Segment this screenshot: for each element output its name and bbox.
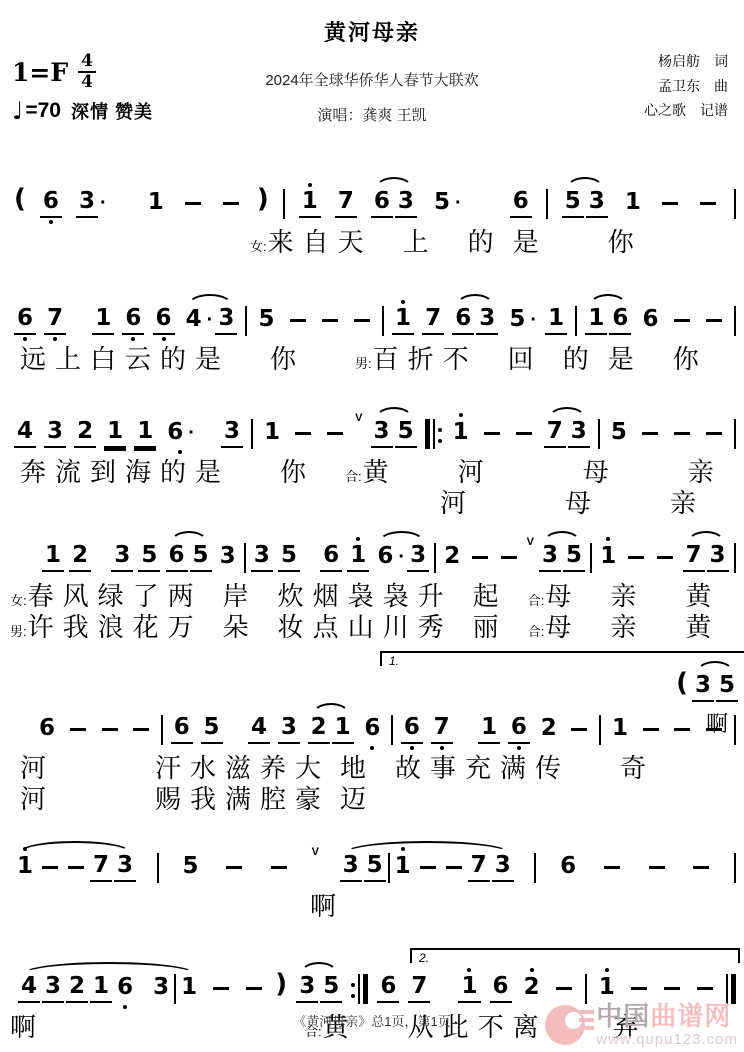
note: 3 bbox=[215, 298, 237, 342]
octave-dot-above bbox=[320, 535, 342, 542]
octave-dot-above bbox=[563, 535, 585, 542]
pickup-row: (35 bbox=[676, 665, 738, 709]
lyric-spacer bbox=[0, 604, 10, 605]
octave-dot-above bbox=[377, 966, 399, 973]
note: 3 bbox=[492, 845, 514, 889]
octave-dot-below bbox=[201, 744, 223, 751]
duration-dash bbox=[662, 202, 678, 205]
octave-dot-above bbox=[468, 845, 490, 852]
lyric-text: 你 bbox=[608, 228, 643, 257]
note-digit: 4 bbox=[14, 419, 36, 448]
octave-dot bbox=[438, 428, 442, 432]
lyric-spacer bbox=[373, 250, 403, 251]
bar-segment bbox=[244, 543, 246, 573]
lyric-text: 上 bbox=[403, 228, 438, 257]
octave-dot-below bbox=[248, 744, 270, 751]
bar-segment bbox=[245, 306, 247, 336]
note-digit: 1 bbox=[299, 189, 321, 218]
octave-dot-above bbox=[608, 411, 630, 418]
duration-dash bbox=[223, 202, 239, 205]
octave-dot-above bbox=[178, 966, 200, 973]
note-body: 1 bbox=[596, 973, 618, 1003]
lyric-text: 是 bbox=[608, 345, 643, 374]
octave-dot-below bbox=[563, 572, 585, 579]
octave-dot-below bbox=[215, 335, 237, 342]
note-body: 1 bbox=[597, 542, 619, 572]
lyric-text: 亲 bbox=[688, 458, 723, 487]
lyric-text: 黄 bbox=[363, 458, 398, 487]
parenthesis: ) bbox=[275, 971, 287, 997]
octave-dot-below bbox=[392, 335, 414, 342]
lyric-spacer bbox=[203, 635, 223, 636]
bar-segment bbox=[433, 419, 435, 449]
note: 6 bbox=[153, 298, 175, 342]
note: 4 bbox=[14, 411, 36, 455]
octave-dot-below bbox=[134, 448, 156, 455]
music-system-2: 671664·3517635·1166远上白云的是你男:百折不回的是你 bbox=[0, 298, 744, 375]
lyric-spacer bbox=[478, 367, 508, 368]
duration-dash bbox=[556, 987, 572, 990]
octave-dot-above bbox=[450, 411, 472, 418]
note: 4 bbox=[18, 966, 40, 1010]
barline bbox=[157, 853, 159, 883]
music-system-3: 432116·31V351735奔流到海的是你合:黄河母亲河母亲 bbox=[0, 411, 744, 519]
note-body: 6 bbox=[609, 305, 631, 335]
note: 5 bbox=[364, 845, 386, 889]
octave-dot-below bbox=[217, 572, 239, 579]
octave-dot-above bbox=[66, 966, 88, 973]
lyric-spacer bbox=[543, 367, 563, 368]
note-digit: 6 bbox=[452, 306, 474, 335]
octave-dot-below bbox=[145, 218, 167, 225]
note: 3 bbox=[707, 535, 729, 579]
credits-block: 杨启舫 词 孟卫东 曲 心之歌 记谱 bbox=[644, 49, 728, 123]
lyric-spacer bbox=[0, 807, 20, 808]
note-body: 6 bbox=[508, 714, 530, 744]
octave-dot-above bbox=[18, 966, 40, 973]
note-body: 7 bbox=[468, 852, 490, 882]
note-digit: 6 bbox=[508, 715, 530, 744]
note-body: 3 bbox=[692, 672, 714, 702]
note-body: 6 bbox=[557, 852, 579, 882]
voice-prefix: 女: bbox=[250, 236, 267, 255]
lyrics-row: 河母亲 bbox=[0, 489, 744, 519]
note-digit: 5 bbox=[563, 543, 585, 572]
octave-dot-above bbox=[299, 181, 321, 188]
lyric-text: 啊 bbox=[310, 892, 345, 921]
lyric-text: 奔流到海的是 bbox=[20, 458, 230, 487]
bar-segment bbox=[590, 543, 592, 573]
note-digit: 1 bbox=[458, 974, 480, 1003]
note: 1 bbox=[458, 966, 480, 1010]
note: 1 bbox=[90, 966, 112, 1010]
duration-dash bbox=[604, 866, 620, 869]
duration-dash bbox=[70, 728, 86, 731]
note-body: 6 bbox=[510, 188, 532, 218]
octave-dot-above bbox=[639, 298, 661, 305]
octave-dot-below bbox=[377, 1003, 399, 1010]
note: 2 bbox=[308, 707, 330, 751]
bar-segment bbox=[734, 189, 736, 219]
note-body: 2 bbox=[521, 973, 543, 1003]
octave-dot-above bbox=[458, 966, 480, 973]
spacer bbox=[476, 181, 496, 182]
lyric-text: 你 bbox=[280, 458, 315, 487]
octave-dot-below bbox=[166, 572, 188, 579]
note-digit: 5 bbox=[395, 419, 417, 448]
bar-segment bbox=[599, 715, 601, 745]
note-digit: 1 bbox=[14, 854, 36, 881]
lyric-spacer bbox=[508, 604, 528, 605]
octave-dot-below bbox=[408, 1003, 430, 1010]
lyric-text: 是 bbox=[513, 228, 548, 257]
octave-dot-above bbox=[683, 535, 705, 542]
note-body: 1 bbox=[178, 973, 200, 1003]
note-digit: 6 bbox=[164, 420, 186, 447]
note-digit: 3 bbox=[76, 189, 98, 218]
note: 7 bbox=[44, 298, 66, 342]
lyric-text: 炊烟袅袅升 bbox=[278, 582, 453, 611]
note-body: 4 bbox=[248, 714, 270, 744]
lyric-text: 汗水滋养大 bbox=[155, 754, 330, 783]
octave-dot-below bbox=[545, 335, 567, 342]
notes-row: 671664·3517635·1166 bbox=[0, 298, 744, 344]
octave-dot-above bbox=[557, 845, 579, 852]
note-digit: 1 bbox=[392, 306, 414, 335]
bar-segment bbox=[731, 974, 736, 1004]
bar-segment bbox=[382, 306, 384, 336]
lyric-spacer bbox=[0, 367, 20, 368]
octave-dot-below bbox=[395, 448, 417, 455]
note-digit: 6 bbox=[40, 189, 62, 218]
note: 7 bbox=[468, 845, 490, 889]
octave-dot-below bbox=[371, 448, 393, 455]
note-digit: 1 bbox=[622, 190, 644, 217]
augmentation-dot: · bbox=[100, 192, 107, 215]
octave-dot-below bbox=[114, 882, 136, 889]
octave-dot-above bbox=[476, 298, 498, 305]
note: 5 bbox=[563, 535, 585, 579]
octave-dot-below bbox=[544, 448, 566, 455]
note: 6 bbox=[40, 181, 62, 225]
note-digit: 1 bbox=[134, 419, 156, 448]
octave-dot-above bbox=[395, 181, 417, 188]
octave-dot-below bbox=[183, 335, 214, 342]
note-body: 6 bbox=[171, 714, 193, 744]
note-body: 6 bbox=[122, 305, 144, 335]
octave-dot-above bbox=[14, 411, 36, 418]
note-body: 5· bbox=[431, 188, 462, 218]
note: 6 bbox=[377, 966, 399, 1010]
note-body: 5 bbox=[138, 542, 160, 572]
note: 6 bbox=[609, 298, 631, 342]
octave-dot-above bbox=[609, 707, 631, 714]
lyrics-row: 奔流到海的是你合:黄河母亲 bbox=[0, 458, 744, 488]
note-body: 1 bbox=[450, 418, 472, 448]
lyric-spacer bbox=[453, 604, 473, 605]
slur-group: 35173 bbox=[340, 845, 514, 889]
slur-group: 6·3 bbox=[374, 535, 429, 579]
octave-dot-below bbox=[374, 572, 405, 579]
note-digit: 5 bbox=[608, 420, 630, 447]
octave-dot-above bbox=[545, 298, 567, 305]
note-digit: 6 bbox=[114, 975, 136, 1002]
octave-dot-below bbox=[538, 744, 560, 751]
octave-dot-above bbox=[69, 535, 91, 542]
octave-dot-above bbox=[392, 845, 414, 852]
lyric-text: 的 bbox=[563, 345, 598, 374]
octave-dot-above bbox=[347, 535, 369, 542]
bar-segment bbox=[425, 419, 430, 449]
octave-dot-below bbox=[568, 448, 590, 455]
note: 5 bbox=[138, 535, 160, 579]
credit-name: 杨启舫 bbox=[658, 49, 700, 74]
note: 7 bbox=[422, 298, 444, 342]
note-digit: 3 bbox=[692, 673, 714, 702]
barline bbox=[391, 715, 393, 745]
note: 6 bbox=[171, 707, 193, 751]
lyric-spacer bbox=[258, 635, 278, 636]
octave-dot-above bbox=[361, 707, 383, 714]
note: 3 bbox=[111, 535, 133, 579]
octave-dot bbox=[517, 746, 521, 750]
note-digit: 2 bbox=[66, 974, 88, 1003]
octave-dot-below bbox=[320, 572, 342, 579]
note: 6 bbox=[452, 298, 474, 342]
barline bbox=[388, 853, 390, 883]
note-body: 1 bbox=[42, 542, 64, 572]
octave-dot-above bbox=[40, 181, 62, 188]
octave-dot-below bbox=[90, 882, 112, 889]
lyric-spacer bbox=[55, 776, 155, 777]
duration-dash bbox=[420, 866, 436, 869]
note: 1 bbox=[478, 707, 500, 751]
note: 4 bbox=[248, 707, 270, 751]
note-body: 1 bbox=[104, 418, 126, 448]
octave-dot-below bbox=[44, 335, 66, 342]
lyric-text: 你 bbox=[673, 345, 708, 374]
note-digit: 1 bbox=[104, 419, 126, 448]
note-digit: 6 bbox=[639, 307, 661, 334]
duration-dash bbox=[706, 432, 722, 435]
note: 5 bbox=[201, 707, 223, 751]
barline bbox=[351, 974, 368, 1004]
site-name: 中国曲谱网 bbox=[596, 1002, 738, 1031]
lyric-spacer bbox=[580, 604, 610, 605]
note-digit: 5 bbox=[138, 543, 160, 572]
lyric-spacer bbox=[0, 250, 250, 251]
lyric-spacer bbox=[0, 511, 440, 512]
octave-dot-above bbox=[42, 535, 64, 542]
note-digit: 6 bbox=[122, 306, 144, 335]
note: 1 bbox=[332, 707, 354, 751]
octave-dot-below bbox=[450, 448, 472, 455]
note-digit: 1 bbox=[585, 306, 607, 335]
octave-dot-above bbox=[340, 845, 362, 852]
note-body: 1 bbox=[392, 305, 414, 335]
octave-dot-below bbox=[153, 335, 175, 342]
octave-dot-above bbox=[134, 411, 156, 418]
lyric-spacer bbox=[55, 807, 155, 808]
repeat-dots bbox=[351, 983, 355, 998]
octave-dot-above bbox=[164, 411, 195, 418]
note: 6 bbox=[639, 298, 661, 342]
lyric-spacer bbox=[438, 250, 468, 251]
note-digit: 1 bbox=[42, 543, 64, 572]
bar-segment bbox=[734, 419, 736, 449]
spacer bbox=[96, 535, 106, 536]
octave-dot bbox=[351, 983, 355, 987]
barline bbox=[425, 419, 442, 449]
octave-dot-below bbox=[261, 448, 283, 455]
octave-dot bbox=[53, 337, 57, 341]
note-digit: 7 bbox=[44, 306, 66, 335]
duration-dash bbox=[674, 432, 690, 435]
octave-dot-below bbox=[364, 882, 386, 889]
octave-dot-below bbox=[122, 335, 144, 342]
note-digit: 2 bbox=[69, 543, 91, 572]
spacer bbox=[439, 966, 449, 967]
octave-dot bbox=[605, 968, 609, 972]
lyric-spacer bbox=[0, 480, 20, 481]
note-digit: 1 bbox=[347, 543, 369, 572]
lyric-spacer bbox=[0, 914, 310, 915]
score-header: 1=F 4 4 ♩ =70 深情 赞美 2024年全球华侨华人春节大联欢 演唱：… bbox=[0, 47, 744, 147]
note-body: 6 bbox=[36, 714, 58, 744]
octave-dot-below bbox=[510, 218, 532, 225]
octave-dot-below bbox=[296, 1003, 318, 1010]
note-digit: 7 bbox=[422, 306, 444, 335]
lyric-text: 黄 bbox=[685, 613, 720, 642]
octave-dot-above bbox=[597, 535, 619, 542]
note-body: 6 bbox=[401, 714, 423, 744]
octave-dot-below bbox=[392, 882, 414, 889]
note-digit: 6 bbox=[401, 715, 423, 744]
octave-dot-above bbox=[371, 181, 393, 188]
octave-dot-above bbox=[308, 707, 330, 714]
octave-dot-above bbox=[539, 535, 561, 542]
note-digit: 7 bbox=[468, 853, 490, 882]
note-digit: 6 bbox=[510, 189, 532, 218]
octave-dot-above bbox=[568, 411, 590, 418]
note: 6 bbox=[510, 181, 532, 225]
note: 3 bbox=[42, 966, 64, 1010]
lyric-text: 母 bbox=[565, 489, 600, 518]
note-body: 6 bbox=[371, 188, 393, 218]
octave-dot-above bbox=[171, 707, 193, 714]
note-body: 5 bbox=[320, 973, 342, 1003]
duration-dash bbox=[631, 987, 647, 990]
note-digit: 5 bbox=[256, 307, 278, 334]
bar-segment bbox=[598, 419, 600, 449]
note: 1 bbox=[261, 411, 283, 455]
qupu-logo-icon bbox=[545, 1002, 591, 1048]
duration-dash bbox=[628, 556, 644, 559]
octave-dot-above bbox=[407, 535, 429, 542]
note-digit: 5 bbox=[431, 190, 453, 217]
note-body: 1 bbox=[14, 852, 36, 882]
performers: 演唱：龚爽 王凯 bbox=[0, 104, 744, 125]
bar-segment bbox=[358, 974, 360, 1004]
note-digit: 4 bbox=[183, 307, 205, 334]
octave-dot-above bbox=[622, 181, 644, 188]
note: 6 bbox=[14, 298, 36, 342]
augmentation-dot: · bbox=[455, 192, 462, 215]
voice-prefix: 男: bbox=[355, 353, 372, 372]
octave-dot-above bbox=[92, 298, 114, 305]
octave-dot-above bbox=[431, 181, 462, 188]
note: 7 bbox=[408, 966, 430, 1010]
note: 3 bbox=[150, 966, 172, 1010]
note-body: 1 bbox=[90, 973, 112, 1003]
parenthesis: ( bbox=[14, 186, 26, 212]
octave-dot-above bbox=[261, 411, 283, 418]
bar-segment bbox=[734, 853, 736, 883]
octave-dot-above bbox=[221, 411, 243, 418]
barline bbox=[599, 715, 601, 745]
note-body: 7 bbox=[422, 305, 444, 335]
octave-dot-below bbox=[361, 744, 383, 751]
slur-group: 73 bbox=[544, 411, 590, 455]
note: 5 bbox=[179, 845, 201, 889]
note-digit: 3 bbox=[476, 306, 498, 335]
credit-name: 孟卫东 bbox=[658, 74, 700, 99]
octave-dot-below bbox=[44, 448, 66, 455]
note-digit: 6 bbox=[371, 189, 393, 218]
note: 3 bbox=[340, 845, 362, 889]
note: 6· bbox=[374, 535, 405, 579]
note-body: 3 bbox=[568, 418, 590, 448]
octave-dot-below bbox=[76, 218, 107, 225]
octave-dot-below bbox=[104, 448, 126, 455]
note-digit: 5 bbox=[716, 673, 738, 702]
slur-group: 35 bbox=[692, 665, 738, 709]
note-body: 3 bbox=[492, 852, 514, 882]
octave-dot-below bbox=[18, 1003, 40, 1010]
duration-dash bbox=[472, 556, 488, 559]
voice-prefix: 合: bbox=[528, 590, 545, 609]
octave-dot bbox=[131, 337, 135, 341]
note: 6 bbox=[122, 298, 144, 342]
octave-dot-below bbox=[371, 218, 393, 225]
augmentation-dot: · bbox=[398, 546, 405, 569]
note-digit: 3 bbox=[111, 543, 133, 572]
octave-dot-above bbox=[278, 535, 300, 542]
notes-row: (63·1)17635·6531 bbox=[0, 181, 744, 227]
voice-prefix: 女: bbox=[10, 590, 27, 609]
page-title: 黄河母亲 bbox=[0, 0, 744, 47]
octave-dot-below bbox=[609, 744, 631, 751]
note-body: 5 bbox=[256, 305, 278, 335]
credit-name: 心之歌 bbox=[644, 98, 686, 123]
duration-dash bbox=[42, 866, 58, 869]
lyrics-row: 女:春风绿了两岸炊烟袅袅升起合:母亲黄 bbox=[0, 582, 744, 612]
slur-group: 35 bbox=[371, 411, 417, 455]
duration-dash bbox=[697, 987, 713, 990]
octave-dot-above bbox=[431, 707, 453, 714]
duration-dash bbox=[501, 556, 517, 559]
octave-dot bbox=[23, 847, 27, 851]
note-body: 5 bbox=[563, 542, 585, 572]
note-body: 5 bbox=[716, 672, 738, 702]
lyric-text: 妆点山川秀 bbox=[278, 613, 453, 642]
octave-dot-below bbox=[308, 744, 330, 751]
lyric-spacer bbox=[230, 367, 270, 368]
barline bbox=[734, 306, 736, 336]
octave-dot-above bbox=[490, 966, 512, 973]
lyric-spacer bbox=[330, 776, 340, 777]
octave-dot-below bbox=[251, 572, 273, 579]
